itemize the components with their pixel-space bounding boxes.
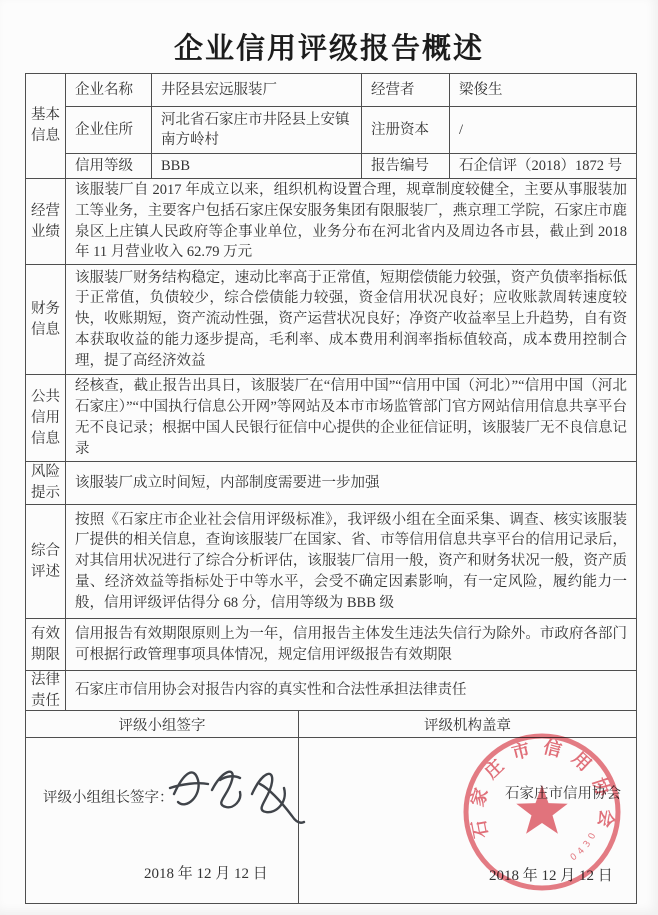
section-content: 该服装厂财务结构稳定，速动比率高于正常值，短期偿债能力较强，资产负债率指标低于正… — [66, 265, 636, 374]
section-text: 该服装厂成立时间短，内部制度需要进一步加强 — [75, 473, 627, 494]
official-red-seal: 石家庄市信用协会 0430 — [457, 727, 627, 897]
table-row: 企业住所 河北省石家庄市井陉县上安镇南方岭村 注册资本 / — [66, 106, 636, 153]
team-signature-cell: 评级小组组长签字： 2018 年 12 月 12 日 — [26, 738, 299, 903]
section-label: 财务信息 — [26, 265, 66, 374]
section-text: 按照《石家庄市企业社会信用评级标准》，我评级小组在全面采集、调查、核实该服装厂提… — [75, 510, 627, 614]
section-label: 有效期限 — [26, 619, 66, 670]
section-content: 按照《石家庄市企业社会信用评级标准》，我评级小组在全面采集、调查、核实该服装厂提… — [66, 505, 636, 618]
section-legal-liability: 法律责任 石家庄市信用协会对报告内容的真实性和合法性承担法律责任 — [26, 670, 636, 710]
section-label: 公共信用信息 — [26, 375, 66, 461]
agency-seal-cell: 石家庄市信用协会 2018 年 12 月 12 日 石家庄市信用协会 0430 — [299, 738, 636, 903]
signature-seal-row: 评级小组组长签字： 2018 年 12 月 12 日 石家庄市信用协会 2018… — [26, 737, 636, 903]
seal-star-icon — [516, 785, 567, 834]
basic-info-grid: 企业名称 井陉县宏远服装厂 经营者 梁俊生 企业住所 河北省石家庄市井陉县上安镇… — [66, 74, 636, 178]
section-label: 综合评述 — [26, 505, 66, 618]
section-label: 法律责任 — [26, 671, 66, 710]
team-leader-signature-label: 评级小组组长签字： — [43, 786, 174, 807]
section-label-basic-info: 基本信息 — [26, 74, 66, 178]
section-label: 风险提示 — [26, 462, 66, 504]
section-content: 经核查，截止报告出具日，该服装厂在“信用中国”“信用中国（河北）”“信用中国（河… — [66, 375, 636, 461]
section-financial-info: 财务信息 该服装厂财务结构稳定，速动比率高于正常值，短期偿债能力较强，资产负债率… — [26, 264, 636, 374]
section-text: 石家庄市信用协会对报告内容的真实性和合法性承担法律责任 — [75, 680, 627, 701]
section-label: 经营业绩 — [26, 179, 66, 264]
svg-text:0430: 0430 — [569, 828, 600, 863]
section-content: 信用报告有效期限原则上为一年，信用报告主体发生违法失信行为除外。市政府各部门可根… — [66, 619, 636, 670]
section-content: 该服装厂成立时间短，内部制度需要进一步加强 — [66, 462, 636, 504]
section-risk-warning: 风险提示 该服装厂成立时间短，内部制度需要进一步加强 — [26, 461, 636, 504]
table-row: 企业名称 井陉县宏远服装厂 经营者 梁俊生 — [66, 74, 636, 106]
section-text: 该服装厂财务结构稳定，速动比率高于正常值，短期偿债能力较强，资产负债率指标低于正… — [75, 268, 627, 372]
field-value-registered-capital: / — [450, 107, 636, 153]
field-value-report-number: 石企信评（2018）1872 号 — [450, 154, 636, 178]
field-label-credit-grade: 信用等级 — [66, 154, 152, 178]
section-business-performance: 经营业绩 该服装厂自 2017 年成立以来，组织机构设置合理，规章制度较健全，主… — [26, 178, 636, 264]
page-title: 企业信用评级报告概述 — [0, 26, 658, 67]
field-label-report-number: 报告编号 — [362, 154, 450, 178]
signature-handwriting-icon — [168, 754, 308, 834]
report-page: 企业信用评级报告概述 基本信息 企业名称 井陉县宏远服装厂 经营者 梁俊生 企业… — [0, 0, 658, 915]
section-content: 该服装厂自 2017 年成立以来，组织机构设置合理，规章制度较健全，主要从事服装… — [66, 179, 636, 264]
seal-serial-number: 0430 — [569, 828, 600, 863]
field-value-address: 河北省石家庄市井陉县上安镇南方岭村 — [152, 107, 362, 153]
field-value-operator: 梁俊生 — [450, 74, 636, 106]
field-label-company-name: 企业名称 — [66, 74, 152, 106]
section-text: 信用报告有效期限原则上为一年，信用报告主体发生违法失信行为除外。市政府各部门可根… — [75, 624, 627, 666]
field-label-operator: 经营者 — [362, 74, 450, 106]
field-label-registered-capital: 注册资本 — [362, 107, 450, 153]
section-comprehensive-review: 综合评述 按照《石家庄市企业社会信用评级标准》，我评级小组在全面采集、调查、核实… — [26, 504, 636, 618]
report-table: 基本信息 企业名称 井陉县宏远服装厂 经营者 梁俊生 企业住所 河北省石家庄市井… — [25, 73, 637, 904]
section-text: 经核查，截止报告出具日，该服装厂在“信用中国”“信用中国（河北）”“信用中国（河… — [75, 376, 627, 459]
section-text: 该服装厂自 2017 年成立以来，组织机构设置合理，规章制度较健全，主要从事服装… — [75, 180, 627, 263]
section-content: 石家庄市信用协会对报告内容的真实性和合法性承担法律责任 — [66, 671, 636, 710]
team-signature-header: 评级小组签字 — [26, 711, 299, 737]
field-value-company-name: 井陉县宏远服装厂 — [152, 74, 362, 106]
field-value-credit-grade: BBB — [152, 154, 362, 178]
section-validity-period: 有效期限 信用报告有效期限原则上为一年，信用报告主体发生违法失信行为除外。市政府… — [26, 618, 636, 670]
team-signature-date: 2018 年 12 月 12 日 — [144, 862, 268, 883]
section-public-credit-info: 公共信用信息 经核查，截止报告出具日，该服装厂在“信用中国”“信用中国（河北）”… — [26, 374, 636, 461]
basic-info-section: 基本信息 企业名称 井陉县宏远服装厂 经营者 梁俊生 企业住所 河北省石家庄市井… — [26, 74, 636, 178]
table-row: 信用等级 BBB 报告编号 石企信评（2018）1872 号 — [66, 153, 636, 178]
field-label-address: 企业住所 — [66, 107, 152, 153]
